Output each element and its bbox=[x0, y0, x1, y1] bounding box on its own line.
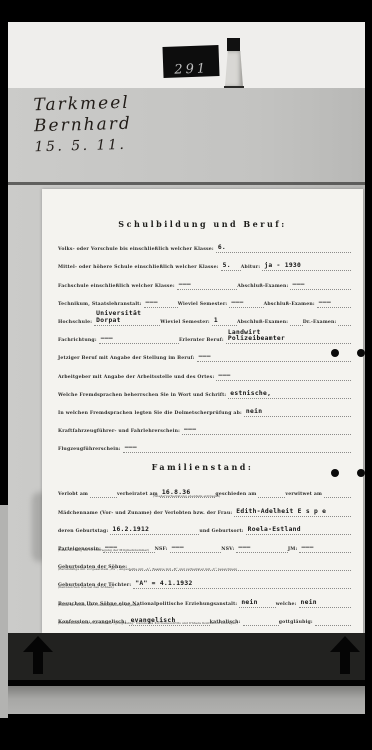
film-end-strip bbox=[8, 714, 365, 718]
microfilm-frame: 291 Tarkmeel Bernhard 15. 5. 11. Schulbi… bbox=[0, 0, 372, 750]
punch-hole-dot bbox=[357, 469, 365, 477]
field-line: Edith-Adelheit E s p e bbox=[234, 497, 351, 517]
field-note: (Name der Söhne und Erziehungsanstalt an… bbox=[58, 603, 140, 607]
handwritten-date: 15. 5. 11. bbox=[34, 135, 132, 158]
field-value: ——— bbox=[292, 282, 304, 289]
field-line bbox=[243, 606, 279, 626]
film-number: 291 bbox=[174, 62, 208, 77]
field-note: (Kennzeichen wie bei den Söhnen) bbox=[58, 585, 114, 589]
field-value: ——— bbox=[179, 282, 191, 289]
field-line bbox=[338, 306, 351, 326]
field-line: nein bbox=[299, 588, 351, 608]
field-line: estnische, bbox=[228, 379, 351, 399]
section-title-schulbildung: Schulbildung und Beruf: bbox=[42, 189, 363, 229]
field-line: 1 bbox=[212, 306, 237, 326]
field-line: Landwirt Polizeibeamter bbox=[226, 324, 351, 344]
punch-hole-dot bbox=[331, 349, 339, 357]
field-label: Flugzeugführerschein: bbox=[58, 447, 123, 453]
clip-body bbox=[225, 51, 243, 87]
handwritten-annotation: Tarkmeel Bernhard 15. 5. 11. bbox=[33, 93, 132, 158]
field-line: ——— bbox=[123, 433, 351, 453]
field-line: ——— bbox=[236, 533, 288, 553]
field-line bbox=[90, 478, 117, 498]
field-line: 6. bbox=[216, 233, 351, 253]
field-line: Universität Dorpat bbox=[94, 306, 160, 326]
schulbildung-rows: Volks- oder Vorschule bis einschließlich… bbox=[42, 229, 363, 453]
field-line: ——— bbox=[290, 270, 351, 290]
field-value: ——— bbox=[125, 445, 137, 452]
field-value: ——— bbox=[199, 354, 211, 361]
form-row-konfession: Konfession: evangelisch: evangelisch kat… bbox=[58, 608, 351, 626]
clip-cap bbox=[227, 38, 240, 51]
paper-clip bbox=[223, 38, 245, 92]
field-line: ——— bbox=[229, 288, 263, 308]
field-line: ——— bbox=[317, 288, 351, 308]
up-arrow-right-icon bbox=[330, 636, 360, 676]
field-line: nein bbox=[244, 397, 351, 417]
field-line: ——— bbox=[170, 533, 222, 553]
field-line bbox=[290, 306, 303, 326]
field-line: nein bbox=[239, 588, 275, 608]
field-line: ja - 1930 bbox=[262, 251, 351, 271]
field-line bbox=[258, 478, 285, 498]
film-number-tag: 291 bbox=[162, 45, 219, 78]
section-title-familienstand: Familienstand: bbox=[42, 453, 363, 474]
field-line: ——— bbox=[216, 361, 351, 381]
punch-hole-dot bbox=[331, 469, 339, 477]
field-line: ——— bbox=[299, 533, 351, 553]
handwritten-surname: Tarkmeel bbox=[33, 93, 131, 117]
film-gray-band bbox=[8, 686, 365, 714]
card-edge-shadow bbox=[8, 182, 365, 185]
field-line: ——— bbox=[197, 342, 351, 362]
questionnaire-form: Schulbildung und Beruf: Volks- oder Vors… bbox=[42, 189, 363, 633]
familienstand-rows: Verlobt am verheiratet am 16.8.36 geschi… bbox=[42, 474, 363, 626]
field-line: "A" = 4.1.1932 bbox=[133, 569, 351, 589]
field-line bbox=[315, 606, 351, 626]
photographed-document: 291 Tarkmeel Bernhard 15. 5. 11. Schulbi… bbox=[8, 22, 365, 718]
field-line: Roela-Estland bbox=[246, 515, 351, 535]
punch-hole-dot bbox=[357, 349, 365, 357]
field-note: (Zutreffendes unterstreichen; bei „gottg… bbox=[58, 621, 238, 625]
up-arrow-left-icon bbox=[23, 636, 53, 676]
field-line: ——— bbox=[177, 270, 238, 290]
field-value: "A" = 4.1.1932 bbox=[135, 581, 192, 588]
field-value: ——— bbox=[101, 336, 113, 343]
field-line: ——— bbox=[182, 415, 351, 435]
field-note: (Wiederverheiratung ebenfalls eintragen) bbox=[153, 494, 220, 498]
field-line: 16.2.1912 bbox=[110, 515, 199, 535]
film-dark-band bbox=[8, 633, 365, 680]
form-row-fachschule: Fachschule einschließlich welcher Klasse… bbox=[58, 271, 351, 289]
field-line: ——— bbox=[144, 288, 178, 308]
field-value: Landwirt Polizeibeamter bbox=[228, 330, 285, 343]
handwritten-firstname: Bernhard bbox=[34, 114, 132, 138]
field-line bbox=[324, 478, 351, 498]
arrow-stem bbox=[340, 650, 350, 674]
field-line: ——— bbox=[99, 324, 179, 344]
field-value: ——— bbox=[319, 300, 331, 307]
arrow-stem bbox=[33, 650, 43, 674]
field-value: 1 bbox=[214, 318, 218, 325]
field-value: Universität Dorpat bbox=[96, 311, 141, 324]
field-line: 5. bbox=[221, 251, 241, 271]
form-row-flugzeugschein: Flugzeugführerschein: ——— bbox=[58, 435, 351, 453]
field-label: gottgläubig: bbox=[279, 620, 315, 626]
left-edge-paper bbox=[0, 505, 8, 718]
